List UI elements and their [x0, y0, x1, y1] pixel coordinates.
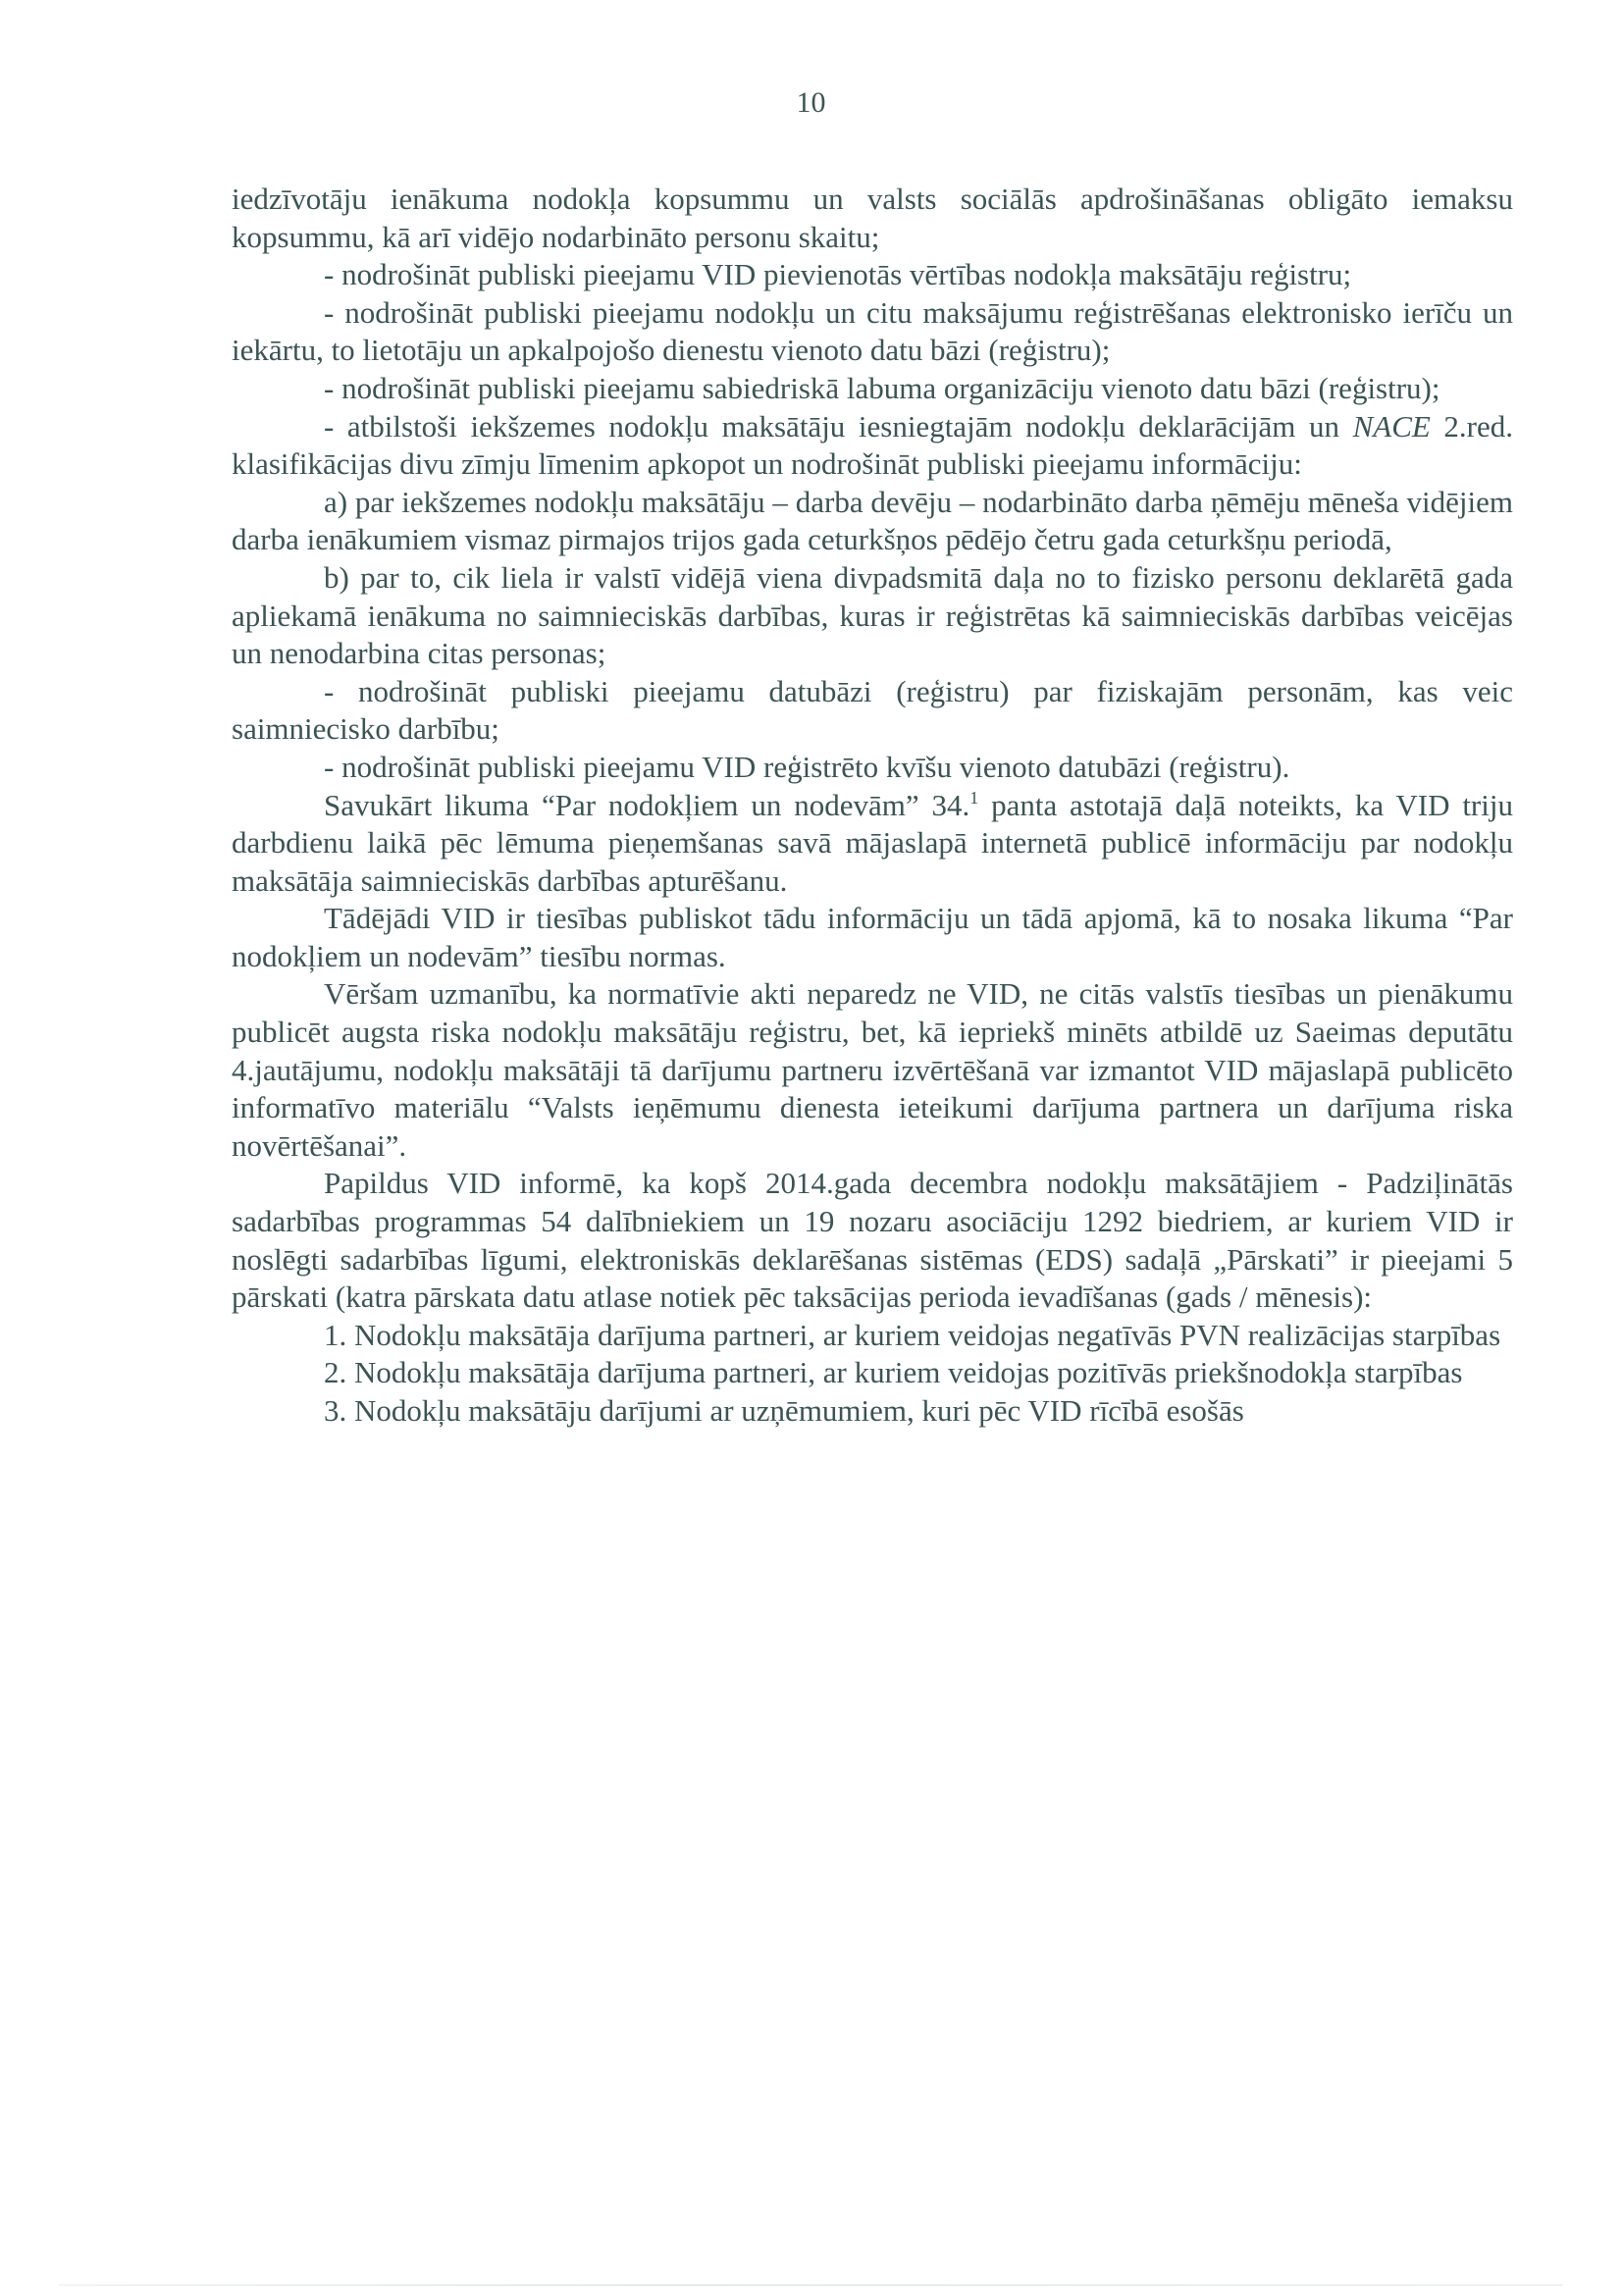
scan-bottom-edge — [59, 2284, 1563, 2286]
law-text-before: Savukārt likuma “Par nodokļiem un nodevā… — [324, 788, 969, 822]
paragraph-receipts-database: - nodrošināt publiski pieejamu VID reģis… — [232, 749, 1513, 787]
document-body: iedzīvotāju ienākuma nodokļa kopsummu un… — [232, 181, 1513, 1431]
nace-text-before: - atbilstoši iekšzemes nodokļu maksātāju… — [324, 409, 1353, 444]
report-list-item-3: 3. Nodokļu maksātāju darījumi ar uzņēmum… — [232, 1392, 1513, 1431]
report-list-item-1: 1. Nodokļu maksātāja darījuma partneri, … — [232, 1317, 1513, 1355]
paragraph-nace-information: - atbilstoši iekšzemes nodokļu maksātāju… — [232, 408, 1513, 484]
paragraph-public-benefit-orgs: - nodrošināt publiski pieejamu sabiedris… — [232, 370, 1513, 408]
paragraph-natural-persons-database: - nodrošināt publiski pieejamu datubāzi … — [232, 673, 1513, 749]
report-list-item-2: 2. Nodokļu maksātāja darījuma partneri, … — [232, 1354, 1513, 1392]
paragraph-income-tax-summary: iedzīvotāju ienākuma nodokļa kopsummu un… — [232, 181, 1513, 256]
paragraph-cash-register-database: - nodrošināt publiski pieejamu nodokļu u… — [232, 294, 1513, 370]
paragraph-vat-register: - nodrošināt publiski pieejamu VID pievi… — [232, 256, 1513, 294]
paragraph-law-article-34: Savukārt likuma “Par nodokļiem un nodevā… — [232, 787, 1513, 901]
paragraph-eds-reports: Papildus VID informē, ka kopš 2014.gada … — [232, 1165, 1513, 1316]
nace-italic: NACE — [1353, 409, 1431, 444]
paragraph-vid-rights: Tādējādi VID ir tiesības publiskot tādu … — [232, 900, 1513, 975]
paragraph-item-b: b) par to, cik liela ir valstī vidējā vi… — [232, 559, 1513, 673]
page-number: 10 — [0, 84, 1622, 122]
law-superscript: 1 — [969, 788, 978, 808]
paragraph-item-a: a) par iekšzemes nodokļu maksātāju – dar… — [232, 484, 1513, 559]
paragraph-attention-note: Vēršam uzmanību, ka normatīvie akti nepa… — [232, 975, 1513, 1165]
